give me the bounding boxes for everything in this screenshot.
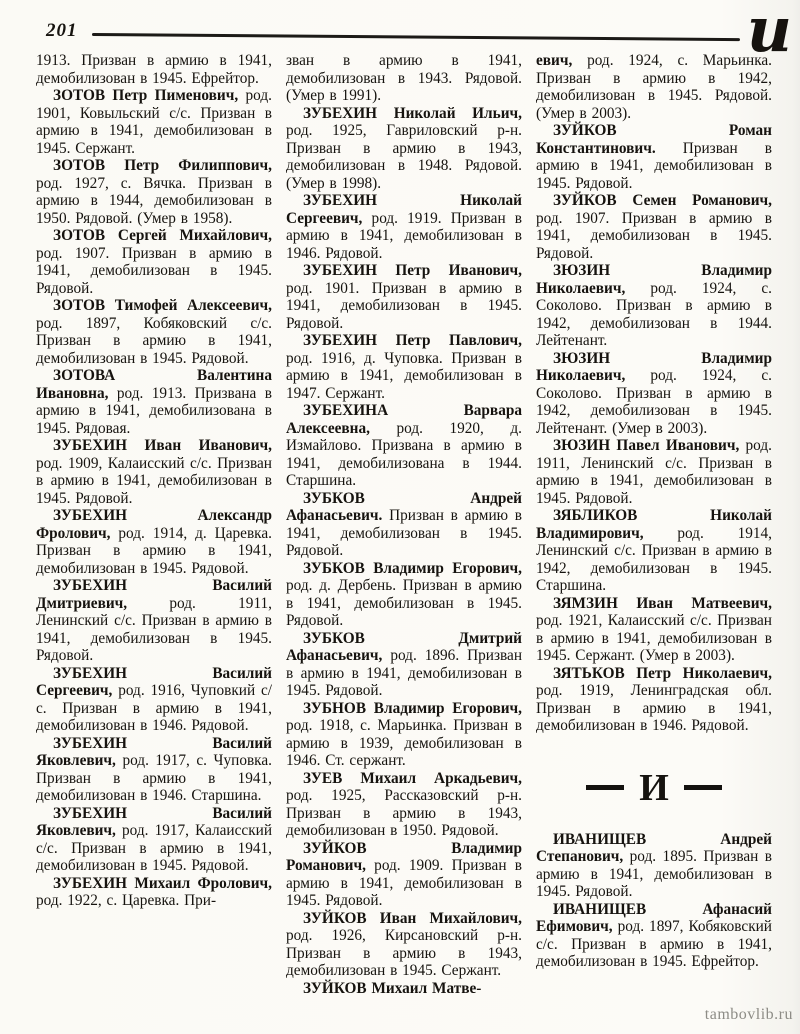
column-3: евич, род. 1924, с. Марьинка. Призван в … <box>536 52 772 997</box>
divider-dash-right <box>684 785 722 790</box>
person-name: ЗЮЗИН Павел Иванович, <box>553 437 739 454</box>
person-name: ЗУБЕХИН Александр Фролович, <box>36 507 272 542</box>
person-name: ЗОТОВ Тимофей Алексеевич, <box>53 297 272 314</box>
divider-dash-left <box>586 785 624 790</box>
registry-entry-continuation: евич, род. 1924, с. Марьинка. Призван в … <box>536 52 772 122</box>
registry-entry: ЗУБЕХИН Василий Дмитриевич, род. 1911, Л… <box>36 577 272 665</box>
registry-entry: ЗУБЕХИН Николай Сергеевич, род. 1919. Пр… <box>286 192 522 262</box>
registry-entry: ЗУЙКОВ Семен Романович, род. 1907. Призв… <box>536 192 772 262</box>
column-1: 1913. Призван в армию в 1941, демобилизо… <box>36 52 272 997</box>
registry-entry: ЗЮЗИН Владимир Николаевич, род. 1924, с.… <box>536 262 772 350</box>
person-name: ЗУБЕХИН Петр Павлович, <box>303 332 522 349</box>
person-name: ЗУБЕХИН Василий Яковлевич, <box>36 735 272 770</box>
text-columns: 1913. Призван в армию в 1941, демобилизо… <box>36 52 772 997</box>
registry-entry: ЗУБЕХИН Василий Сергеевич, род. 1916, Чу… <box>36 665 272 735</box>
registry-entry: ЗУЙКОВ Иван Михайлович, род. 1926, Кирса… <box>286 910 522 980</box>
registry-entry: ЗУБКОВ Андрей Афанасьевич. Призван в арм… <box>286 490 522 560</box>
person-name: ЗОТОВА Валентина Ивановна, <box>36 367 272 402</box>
person-name: ЗУБЕХИНА Варвара Алексеевна, <box>286 402 522 437</box>
registry-entry: ИВАНИЩЕВ Афанасий Ефимович, род. 1897, К… <box>536 901 772 971</box>
registry-entry-continuation: 1913. Призван в армию в 1941, демобилизо… <box>36 52 272 87</box>
registry-entry: ЗЯБЛИКОВ Николай Владимирович, род. 1914… <box>536 507 772 595</box>
registry-entry: ЗУБЕХИН Иван Иванович, род. 1909, Калаис… <box>36 437 272 507</box>
person-name: ЗОТОВ Сергей Михайлович, <box>53 227 272 244</box>
person-name: ЗУБЕХИН Петр Иванович, <box>303 262 522 279</box>
registry-entry: ЗЮЗИН Владимир Николаевич, род. 1924, с.… <box>536 350 772 438</box>
person-name: ЗЯМЗИН Иван Матвеевич, <box>553 595 772 612</box>
registry-entry: ЗУБНОВ Владимир Егорович, род. 1918, с. … <box>286 700 522 770</box>
person-name: ЗУБЕХИН Василий Яковлевич, <box>36 805 272 840</box>
registry-entry: ЗОТОВ Тимофей Алексеевич, род. 1897, Коб… <box>36 297 272 367</box>
registry-entry: ЗУБЕХИН Василий Яковлевич, род. 1917, Ка… <box>36 805 272 875</box>
registry-entry: ЗЯТЬКОВ Петр Николаевич, род. 1919, Лени… <box>536 665 772 735</box>
person-name: ИВАНИЩЕВ Афанасий Ефимович, <box>536 901 772 936</box>
person-name: ЗЯТЬКОВ Петр Николаевич, <box>553 665 772 682</box>
person-name: ЗУБКОВ Владимир Егорович, <box>303 560 522 577</box>
person-name: ЗУЙКОВ Роман Константинович. <box>536 122 772 157</box>
registry-entry: ЗУЙКОВ Михаил Матве- <box>286 980 522 998</box>
registry-entry: ЗОТОВА Валентина Ивановна, род. 1913. Пр… <box>36 367 272 437</box>
registry-entry: ЗУЕВ Михаил Аркадьевич, род. 1925, Расск… <box>286 770 522 840</box>
person-name: ЗУЕВ Михаил Аркадьевич, <box>303 770 522 787</box>
person-name: ЗУЙКОВ Семен Романович, <box>553 192 772 209</box>
registry-entry: ЗУБЕХИНА Варвара Алексеевна, род. 1920, … <box>286 402 522 490</box>
registry-entry: ЗОТОВ Петр Пименович, род. 1901, Ковыльс… <box>36 87 272 157</box>
person-name: ЗЯБЛИКОВ Николай Владимирович, <box>536 507 772 542</box>
person-name: ЗЮЗИН Владимир Николаевич, <box>536 262 772 297</box>
person-name: ЗОТОВ Петр Филиппович, <box>53 157 272 174</box>
person-name: ЗОТОВ Петр Пименович, <box>53 87 238 104</box>
person-name: ЗУЙКОВ Владимир Романович, <box>286 840 522 875</box>
registry-entry: ЗУБЕХИН Петр Павлович, род. 1916, д. Чуп… <box>286 332 522 402</box>
person-name: ЗУБНОВ Владимир Егорович, <box>303 700 522 717</box>
registry-entry: ЗУБЕХИН Николай Ильич, род. 1925, Гаврил… <box>286 105 522 193</box>
registry-entry: ЗУБЕХИН Михаил Фролович, род. 1922, с. Ц… <box>36 875 272 910</box>
person-name: евич, <box>536 52 572 69</box>
person-name: ЗУБЕХИН Михаил Фролович, <box>53 875 272 892</box>
registry-entry: ЗОТОВ Сергей Михайлович, род. 1907. Приз… <box>36 227 272 297</box>
registry-entry: ЗУЙКОВ Владимир Романович, род. 1909. Пр… <box>286 840 522 910</box>
person-name: ЗУЙКОВ Иван Михайлович, <box>303 910 522 927</box>
person-name: ЗЮЗИН Владимир Николаевич, <box>536 350 772 385</box>
library-watermark: tambovlib.ru <box>705 1006 793 1024</box>
section-divider-letter: И <box>639 771 669 805</box>
registry-entry: ЗУБЕХИН Василий Яковлевич, род. 1917, с.… <box>36 735 272 805</box>
person-name: ИВАНИЩЕВ Андрей Степанович, <box>536 831 772 866</box>
registry-entry-continuation: зван в армию в 1941, демобилизован в 194… <box>286 52 522 105</box>
person-name: ЗУЙКОВ Михаил Матве- <box>303 980 481 997</box>
registry-entry: ЗУБЕХИН Петр Иванович, род. 1901. Призва… <box>286 262 522 332</box>
registry-entry: ЗЯМЗИН Иван Матвеевич, род. 1921, Калаис… <box>536 595 772 665</box>
person-name: ЗУБЕХИН Василий Дмитриевич, <box>36 577 272 612</box>
person-name: ЗУБКОВ Андрей Афанасьевич. <box>286 490 522 525</box>
column-2: зван в армию в 1941, демобилизован в 194… <box>286 52 522 997</box>
person-name: ЗУБКОВ Дмитрий Афанасьевич, <box>286 630 522 665</box>
person-name: ЗУБЕХИН Николай Сергеевич, <box>286 192 522 227</box>
registry-entry: ЗУБЕХИН Александр Фролович, род. 1914, д… <box>36 507 272 577</box>
section-divider: И <box>536 771 772 805</box>
person-name: ЗУБЕХИН Николай Ильич, <box>303 105 522 122</box>
page-number: 201 <box>46 20 78 42</box>
registry-entry: ЗУБКОВ Дмитрий Афанасьевич, род. 1896. П… <box>286 630 522 700</box>
registry-entry: ЗУЙКОВ Роман Константинович. Призван в а… <box>536 122 772 192</box>
registry-entry: ЗОТОВ Петр Филиппович, род. 1927, с. Вяч… <box>36 157 272 227</box>
registry-entry: ЗЮЗИН Павел Иванович, род. 1911, Ленинск… <box>536 437 772 507</box>
header-rule <box>92 33 740 41</box>
registry-entry: ЗУБКОВ Владимир Егорович, род. д. Дербен… <box>286 560 522 630</box>
person-name: ЗУБЕХИН Василий Сергеевич, <box>36 665 272 700</box>
scanned-book-page: 201 И 1913. Призван в армию в 1941, демо… <box>0 0 800 1034</box>
registry-entry: ИВАНИЩЕВ Андрей Степанович, род. 1895. П… <box>536 831 772 901</box>
person-name: ЗУБЕХИН Иван Иванович, <box>53 437 272 454</box>
